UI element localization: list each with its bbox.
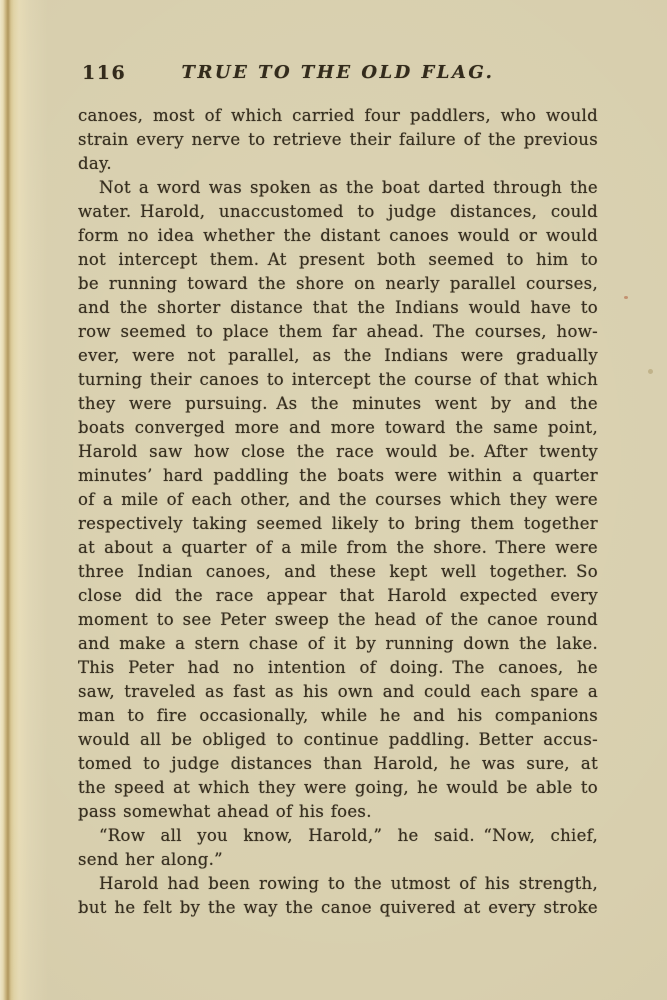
text-line: turning their canoes to intercept the co… [78,368,598,392]
text-line: respectively taking seemed likely to bri… [78,512,598,536]
text-line: not intercept them. At present both seem… [78,248,598,272]
text-line: close did the race appear that Harold ex… [78,584,598,608]
page-header: 116 TRUE TO THE OLD FLAG. [78,60,598,86]
running-header: TRUE TO THE OLD FLAG. [78,60,598,86]
text-line: Harold had been rowing to the utmost of … [78,872,598,896]
text-line: moment to see Peter sweep the head of th… [78,608,598,632]
text-line: of a mile of each other, and the courses… [78,488,598,512]
text-line: and make a stern chase of it by running … [78,632,598,656]
text-line: and the shorter distance that the Indian… [78,296,598,320]
body-text: canoes, most of which carried four paddl… [78,104,598,920]
page-binding-edge [0,0,48,1000]
text-line: This Peter had no intention of doing. Th… [78,656,598,680]
text-line: strain every nerve to retrieve their fai… [78,128,598,152]
text-line: at about a quarter of a mile from the sh… [78,536,598,560]
text-line: the speed at which they were going, he w… [78,776,598,800]
text-line: Harold saw how close the race would be. … [78,440,598,464]
text-line: “Row all you know, Harold,” he said. “No… [78,824,598,848]
text-line: Not a word was spoken as the boat darted… [78,176,598,200]
text-line: pass somewhat ahead of his foes. [78,800,598,824]
text-line: form no idea whether the distant canoes … [78,224,598,248]
text-line: tomed to judge distances than Harold, he… [78,752,598,776]
text-line: three Indian canoes, and these kept well… [78,560,598,584]
text-line: water. Harold, unaccustomed to judge dis… [78,200,598,224]
text-line: boats converged more and more toward the… [78,416,598,440]
text-line: day. [78,152,598,176]
text-line: man to fire occasionally, while he and h… [78,704,598,728]
text-line: saw, traveled as fast as his own and cou… [78,680,598,704]
text-line: minutes’ hard paddling the boats were wi… [78,464,598,488]
text-line: be running toward the shore on nearly pa… [78,272,598,296]
book-page-scan: 116 TRUE TO THE OLD FLAG. canoes, most o… [0,0,667,1000]
paper-speck [648,369,653,374]
text-line: canoes, most of which carried four paddl… [78,104,598,128]
text-line: row seemed to place them far ahead. The … [78,320,598,344]
text-line: they were pursuing. As the minutes went … [78,392,598,416]
paper-speck [624,296,628,299]
text-line: but he felt by the way the canoe quivere… [78,896,598,920]
text-line: send her along.” [78,848,598,872]
text-line: would all be obliged to continue paddlin… [78,728,598,752]
text-line: ever, were not parallel, as the Indians … [78,344,598,368]
